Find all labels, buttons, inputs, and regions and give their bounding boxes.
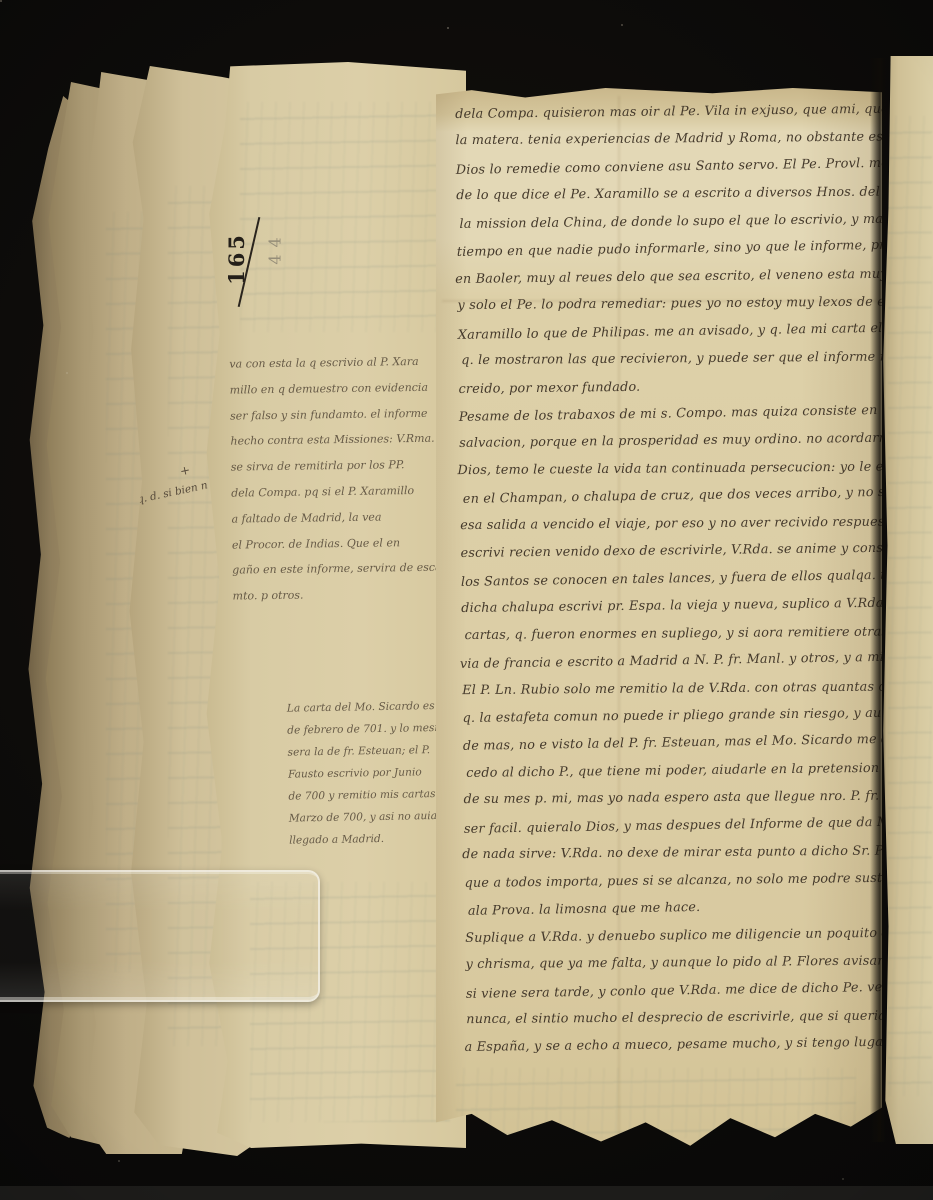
glass-weight [0,870,320,1002]
folio-number-pencil: 44 [266,230,285,264]
margin-note-line: hecho contra esta Missiones: V.Rma. [230,426,455,455]
margin-note-line: gaño en este informe, servira de escar [232,555,457,584]
margin-note-line: se sirva de remitirla por los PP. [231,452,456,481]
margin-note-top: va con esta la q escrivio al P. Xaramill… [229,348,458,609]
manuscript-line: esa salida a vencido el viaje, por eso y… [460,508,882,539]
edge-annotation-text: q. d. si bien n [136,479,209,506]
folio-numbers: 165 44 [218,210,296,316]
manuscript-line: nunca, el sintio mucho el desprecio de e… [466,1002,882,1033]
manuscript-line: q. le mostraron las que recivieron, y pu… [461,344,882,375]
manuscript-line: de nada sirve: V.Rda. no dexe de mirar e… [462,838,882,869]
margin-note-line: a faltado de Madrid, la vea [231,503,456,532]
manuscript-line: El P. Ln. Rubio solo me remitio la de V.… [462,673,882,704]
letter-body-text: dela Compa. quisieron mas oir al Pe. Vil… [455,96,882,1062]
margin-note-line: el Procor. de Indias. Que el en [232,529,457,558]
dust-specks [0,0,2,2]
margin-note-line: millo en q demuestro con evidencia [230,374,455,403]
manuscript-line: a España, y se a echo a mueco, pesame mu… [464,1029,882,1062]
facing-page-edge [880,56,933,1144]
verso-showthrough [888,116,932,1096]
margin-note-line: ser falso y sin fundamto. el informe [230,400,455,429]
scan-bed-edge [0,1186,933,1200]
manuscript-line: de lo que dice el Pe. Xaramillo se a esc… [456,179,882,210]
main-letter-page: dela Compa. quisieron mas oir al Pe. Vil… [436,88,882,1150]
margin-note-line: va con esta la q escrivio al P. Xara [229,348,454,377]
gutter-shadow [870,58,886,1142]
margin-note-line: mto. p otros. [232,581,457,610]
margin-note-line: dela Compa. pq si el P. Xaramillo [231,477,456,506]
manuscript-photo-stage: + q. d. si bien n 165 44 va con esta la … [0,0,933,1200]
manuscript-line: y chrisma, que ya me falta, y aunque lo … [465,948,882,979]
